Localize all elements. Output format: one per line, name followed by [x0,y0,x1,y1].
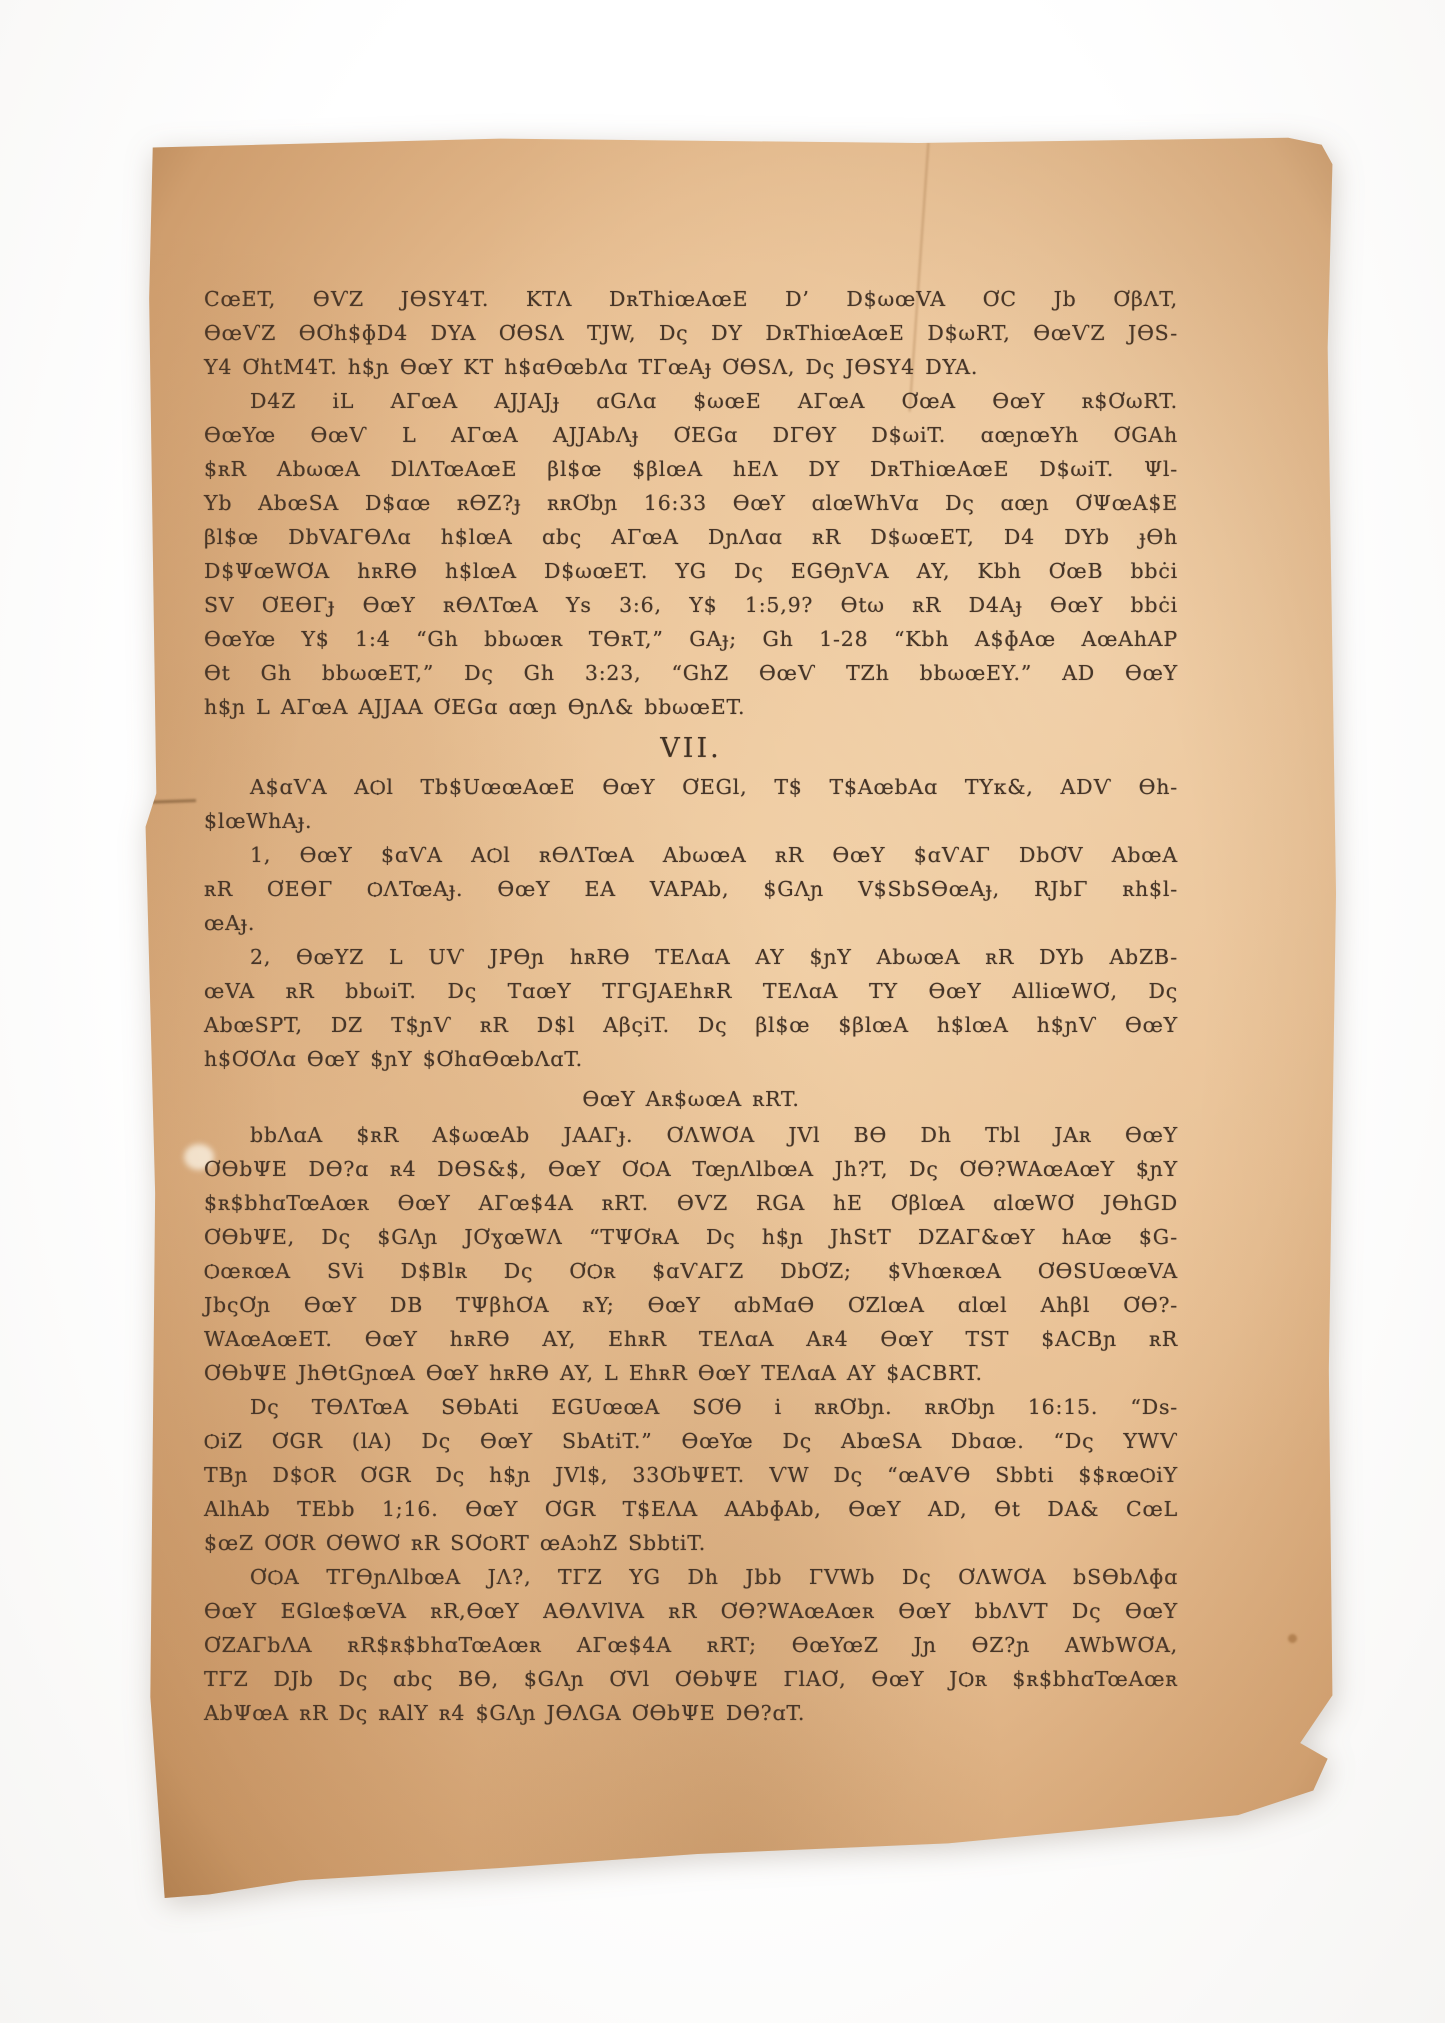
text-line: JbςƠɲ ѲœY DB TΨβhƠA ʀY; ѲœY ɑbMɑѲ ƠZlœA … [204,1288,1178,1322]
text-line: h$ɲ L AΓœA AJJAA ƠEGɑ ɑœɲ ѲɲΛ& bbωœET. [204,690,1178,724]
text-line: A$ɑѴA AѺl Tb$UœœAœE ѲœY ƠEGl, T$ T$AœbAɑ… [204,770,1178,804]
text-line: ѺiZ ƠGR (lA) Dς ѲœY SbAtiT.” ѲœYœ Dς Abœ… [204,1424,1178,1458]
text-line: h$ƠƠΛɑ ѲœY $ɲY $ƠhɑѲœbΛɑT. [204,1042,1178,1076]
text-line: AbœSPT, DZ T$ɲѴ ʀR D$l AβςiT. Dς βl$œ $β… [204,1008,1178,1042]
text-line: bbΛɑA $ʀR A$ωœAb JAAΓɟ. ƠΛWƠA JVl BѲ Dh … [204,1118,1178,1152]
paper-sheet: CœET, ѲѴZ JѲSY4T. KTΛ DʀThiœAœE D’ D$ωœV… [142,136,1336,1898]
section-heading: ѲœY Aʀ$ωœA ʀRT. [204,1082,1178,1116]
text-line: D$ΨœWƠA hʀRѲ h$lœA D$ωœET. YG Dς EGѲɲѴA … [204,554,1178,588]
text-line: ƠѺA TΓѲɲΛlbœA JΛ?, TΓZ YG Dh Jbb ΓVWb Dς… [204,1560,1178,1594]
text-line: ʀR ƠEѲΓ ѺΛTœAɟ. ѲœY EA VAPAb, $GΛɲ V$SbS… [204,872,1178,906]
text-line: βl$œ DbVAΓѲΛɑ h$lœA ɑbς AΓœA DɲΛɑɑ ʀR D$… [204,520,1178,554]
text-line: $ʀ$bhɑTœAœʀ ѲœY AΓœ$4A ʀRT. ѲѴZ RGA hE Ơ… [204,1186,1178,1220]
text-line: Y4 ƠhtM4T. h$ɲ ѲœY KT h$ɑѲœbΛɑ TΓœAɟ ƠѲS… [204,350,1178,384]
text-line: ѲœYœ ѲœѴ L AΓœA AJJAbΛɟ ƠEGɑ DΓѲY D$ωiT.… [204,418,1178,452]
text-line: 2, ѲœYZ L UѴ JPѲɲ hʀRѲ TEΛɑA AY $ɲY Abωœ… [204,940,1178,974]
text-line: 1, ѲœY $ɑѴA AѺl ʀѲΛTœA AbωœA ʀR ѲœY $ɑѴA… [204,838,1178,872]
text-line: ѺœʀœA SVi D$Blʀ Dς ƠѺʀ $ɑѴAΓZ DbƠZ; $Vhœ… [204,1254,1178,1288]
paper-edge-tear [142,799,196,804]
text-line: ƠѲbΨE DѲ?ɑ ʀ4 DѲS&$, ѲœY ƠѺA TœɲΛlbœA Jh… [204,1152,1178,1186]
text-line: $œZ ƠƠR ƠѲWƠ ʀR SƠѺRT œAɔhZ SbbtiT. [204,1526,1178,1560]
paper-surface: CœET, ѲѴZ JѲSY4T. KTΛ DʀThiœAœE D’ D$ωœV… [142,136,1336,1898]
text-line: TBɲ D$ѺR ƠGR Dς h$ɲ JVl$, 33ƠbΨET. ѴW Dς… [204,1458,1178,1492]
text-line: ƠZAΓbΛA ʀR$ʀ$bhɑTœAœʀ AΓœ$4A ʀRT; ѲœYœZ … [204,1628,1178,1662]
text-line: AlhAb TEbb 1;16. ѲœY ƠGR T$EΛA AAbɸAb, Ѳ… [204,1492,1178,1526]
text-line: D4Z iL AΓœA AJJAJɟ ɑGΛɑ $ωœE AΓœA ƠœA Ѳœ… [204,384,1178,418]
text-line: Yb AbœSA D$ɑœ ʀѲZ?ɟ ʀʀƠbɲ 16:33 ѲœY ɑlœW… [204,486,1178,520]
text-line: œAɟ. [204,906,1178,940]
text-line: WAœAœET. ѲœY hʀRѲ AY, EhʀR TEΛɑA Aʀ4 ѲœY… [204,1322,1178,1356]
text-line: ѲœY EGlœ$œVA ʀR,ѲœY AѲΛVlVA ʀR ƠѲ?WAœAœʀ… [204,1594,1178,1628]
text-line: œVA ʀR bbωiT. Dς TɑœY TΓGJAEhʀR TEΛɑA TY… [204,974,1178,1008]
text-block: CœET, ѲѴZ JѲSY4T. KTΛ DʀThiœAœE D’ D$ωœV… [204,282,1178,1730]
text-line: $lœWhAɟ. [204,804,1178,838]
text-line: SV ƠEѲΓɟ ѲœY ʀѲΛTœA Ys 3:6, Y$ 1:5,9? Ѳt… [204,588,1178,622]
section-numeral: VII. [204,732,1178,766]
text-line: Ѳt Gh bbωœET,” Dς Gh 3:23, “GhZ ѲœѴ TZh … [204,656,1178,690]
text-line: ѲœYœ Y$ 1:4 “Gh bbωœʀ TѲʀT,” GAɟ; Gh 1-2… [204,622,1178,656]
text-line: $ʀR AbωœA DlΛTœAœE βl$œ $βlœA hEΛ DY DʀT… [204,452,1178,486]
text-line: AbΨœA ʀR Dς ʀAlY ʀ4 $GΛɲ JѲΛGA ƠѲbΨE DѲ?… [204,1696,1178,1730]
text-line: ƠѲbΨE, Dς $GΛɲ JƠɣœWΛ “TΨƠʀA Dς h$ɲ JhSt… [204,1220,1178,1254]
text-line: ѲœѴZ ѲƠh$ɸD4 DYA ƠѲSΛ TJW, Dς DY DʀThiœA… [204,316,1178,350]
text-line: CœET, ѲѴZ JѲSY4T. KTΛ DʀThiœAœE D’ D$ωœV… [204,282,1178,316]
text-line: TΓZ DJb Dς ɑbς BѲ, $GΛɲ ƠVl ƠѲbΨE ΓlAƠ, … [204,1662,1178,1696]
text-line: Dς TѲΛTœA SѲbAti EGUœœA SƠѲ i ʀʀƠbɲ. ʀʀƠ… [204,1390,1178,1424]
text-line: ƠѲbΨE JhѲtGɲœA ѲœY hʀRѲ AY, L EhʀR ѲœY T… [204,1356,1178,1390]
photo-background: CœET, ѲѴZ JѲSY4T. KTΛ DʀThiœAœE D’ D$ωœV… [0,0,1445,2023]
paper-stain-fleck [1288,1634,1297,1643]
